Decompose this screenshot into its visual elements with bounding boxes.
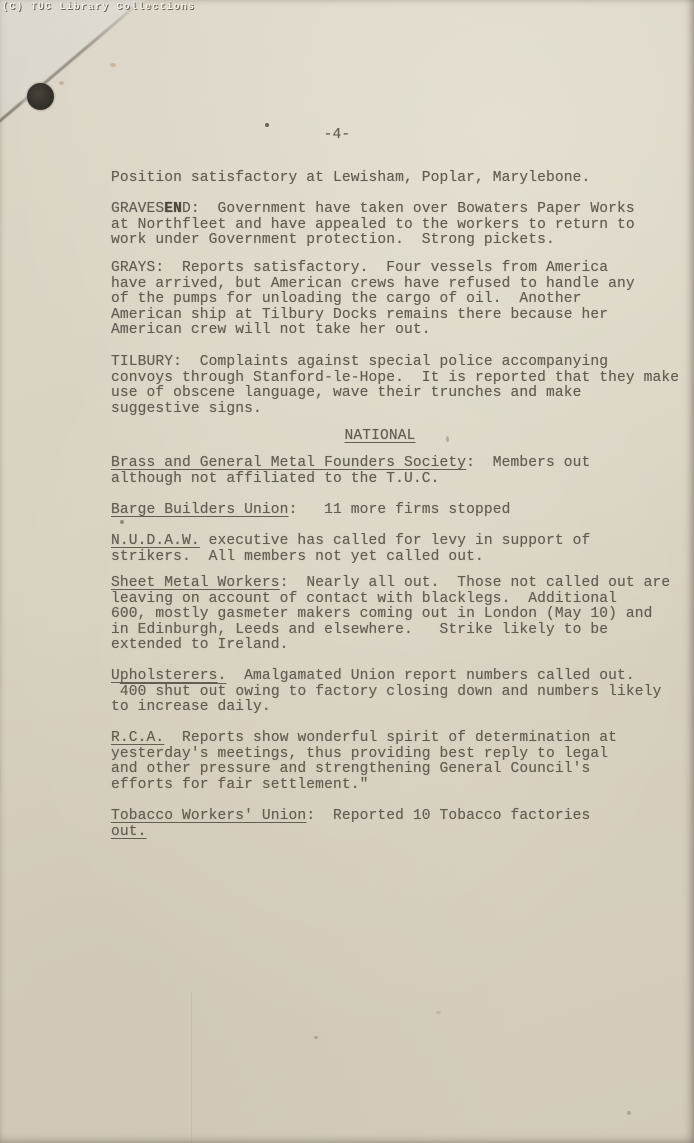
document-paragraphs: Position satisfactory at Lewisham, Popla… <box>111 0 693 1143</box>
paper-speck <box>314 1036 318 1039</box>
ink-speck <box>265 123 269 127</box>
heading-national: NATIONAL <box>111 429 693 445</box>
text-segment: N.U.D.A.W. <box>111 533 200 549</box>
text-segment: Upholsterers <box>111 668 218 684</box>
text-segment: : Reported 10 Tobacco factories <box>306 808 590 824</box>
text-segment: Sheet Metal Workers <box>111 575 280 591</box>
text-segment: 400 shut out <box>120 684 227 700</box>
text-segment: EN <box>164 201 182 217</box>
paper-speck <box>436 1011 441 1014</box>
text-segment: : 11 more firms stopped <box>289 502 511 518</box>
text-segment: GRAYS: Reports satisfactory. Four vessel… <box>111 260 635 338</box>
ink-speck <box>120 520 124 524</box>
text-segment: Brass and General Metal Founders Society <box>111 455 466 471</box>
ink-speck <box>446 436 449 442</box>
paragraph-upholsterers: Upholsterers. Amalgamated Union report n… <box>111 669 693 716</box>
paper-speck <box>627 1111 631 1115</box>
text-segment: Tobacco Workers' Union <box>111 808 306 824</box>
paragraph-rca: R.C.A. Reports show wonderful spirit of … <box>111 731 693 793</box>
text-segment: out. <box>111 824 147 840</box>
text-segment: TILBURY: Complaints against special poli… <box>111 354 679 417</box>
punch-hole <box>27 83 54 110</box>
paper-crease-line <box>191 992 192 1143</box>
paragraph-sheet-metal-workers: Sheet Metal Workers: Nearly all out. Tho… <box>111 576 693 654</box>
text-segment: Reports show wonderful spirit of determi… <box>111 730 617 793</box>
paragraph-brass-founders: Brass and General Metal Founders Society… <box>111 456 693 487</box>
text-segment: R.C.A. <box>111 730 164 746</box>
paper-stain <box>110 63 116 67</box>
paragraph-grays: GRAYS: Reports satisfactory. Four vessel… <box>111 261 693 339</box>
text-segment: D: Government have taken over Bowaters P… <box>111 201 635 248</box>
paper-stain <box>59 81 64 85</box>
paragraph-tobacco-workers: Tobacco Workers' Union: Reported 10 Toba… <box>111 809 693 840</box>
paragraph-nudaw: N.U.D.A.W. executive has called for levy… <box>111 534 693 565</box>
paragraph-gravesend: GRAVESEND: Government have taken over Bo… <box>111 202 693 249</box>
text-segment: Position satisfactory at Lewisham, Popla… <box>111 170 590 186</box>
text-segment: GRAVES <box>111 201 164 217</box>
text-segment: NATIONAL <box>344 428 415 444</box>
scanned-document-page: (C) TUC Library Collections -4- Position… <box>0 0 694 1143</box>
paragraph-barge-builders: Barge Builders Union: 11 more firms stop… <box>111 503 693 519</box>
paragraph-position-summary: Position satisfactory at Lewisham, Popla… <box>111 171 693 187</box>
text-segment: Barge Builders Union <box>111 502 289 518</box>
paragraph-tilbury: TILBURY: Complaints against special poli… <box>111 355 693 417</box>
